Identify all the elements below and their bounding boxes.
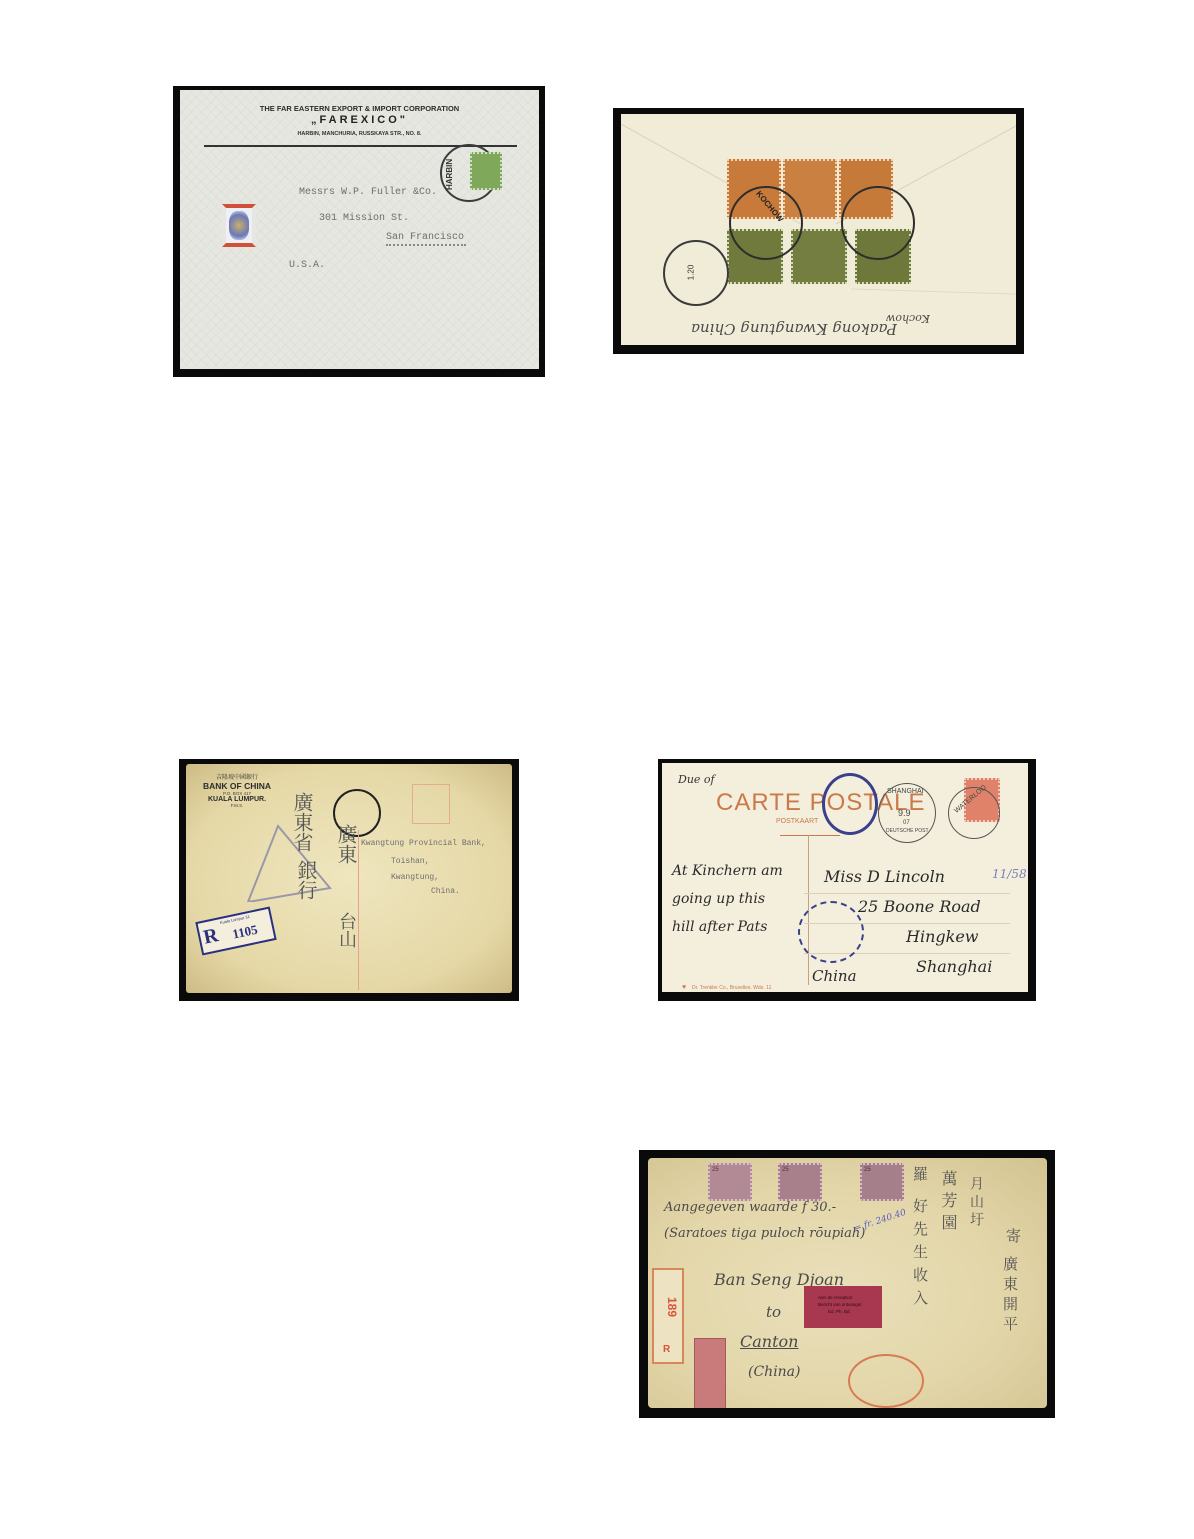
postmark-date: 9.9 (898, 808, 911, 818)
destination-line: Canton (740, 1332, 798, 1351)
address-line: 25 Boone Road (858, 897, 981, 916)
envelope-front: 25 25 25 Aangegeven waarde f 30.- (Sarat… (648, 1158, 1047, 1408)
charity-label-stamp (222, 204, 256, 247)
registration-number: 1105 (231, 922, 259, 943)
letterhead-bank: BANK OF CHINA (192, 781, 282, 791)
chinese-address: 羅 (910, 1166, 931, 1181)
letterhead-address: HARBIN, MANCHURIA, RUSSKAYA STR., NO. 8. (180, 131, 539, 137)
envelope-front: THE FAR EASTERN EXPORT & IMPORT CORPORAT… (180, 90, 539, 369)
chinese-address: 寄 (1003, 1228, 1024, 1243)
chinese-address: 廣東省 (292, 792, 312, 852)
chinese-address: 銀行 (292, 860, 321, 900)
registration-label: R Kuala Lumpur 31 1105 (195, 906, 276, 955)
letterhead-company: THE FAR EASTERN EXPORT & IMPORT CORPORAT… (180, 104, 539, 113)
handwritten-line: Paakong Kwangtung China (691, 320, 897, 338)
address-line: Hingkew (906, 927, 978, 946)
corner-note: Due of (678, 773, 715, 786)
divider (780, 835, 840, 836)
to-line: to (766, 1303, 781, 1321)
declared-value-words: (Saratoes tiga puloch rōupiah) (664, 1226, 865, 1241)
avis-label-line: Bericht van ontvangst (818, 1301, 861, 1308)
letterhead-city: KUALA LUMPUR. (192, 796, 282, 803)
address-line: Kwangtung Provincial Bank, (361, 839, 486, 848)
address-line: China. (431, 887, 460, 896)
chinese-address: 月山圩 (966, 1176, 986, 1230)
publisher-imprint: Dr. Trenkler Co., Bruxelles. Wdo. 11 (692, 985, 771, 991)
registration-number: 189 (665, 1297, 679, 1317)
stamp-purple: 25 (778, 1163, 822, 1201)
red-oval-postmark (848, 1354, 924, 1408)
stamp-value: 25 (864, 1167, 871, 1173)
postmark-text: HARBIN (445, 159, 454, 190)
postmark (841, 186, 915, 260)
chinese-address: 廣東 (332, 824, 361, 864)
address-line: Kwangtung, (391, 873, 439, 882)
waterloo-postmark: WATERLOO (948, 787, 1000, 839)
blue-chinese-postmark (798, 901, 864, 963)
address-line: Miss D Lincoln (824, 867, 945, 886)
chinese-address: 萬芳園 (937, 1170, 960, 1236)
blue-note: = fr. 240.40 (853, 1208, 908, 1234)
envelope-front: 吉隆坡中國銀行 BANK OF CHINA P.O. BOX 417 KUALA… (186, 764, 512, 993)
stamp-purple: 25 (860, 1163, 904, 1201)
address-line: 301 Mission St. (319, 213, 409, 224)
stamp-value: 25 (782, 1167, 789, 1173)
postmark-text: DEUTSCHE POST (886, 828, 929, 834)
transit-postmark: 1.20 (663, 240, 729, 306)
kochow-postmark: KOCHOW (729, 186, 803, 260)
red-meter-mark (412, 784, 450, 824)
card-subtitle: POSTKAART (776, 818, 818, 825)
avis-label-line: Avis de réception (818, 1294, 861, 1301)
postmark-text: 1.20 (686, 265, 695, 281)
underline (386, 244, 466, 246)
red-crayon-line (358, 830, 359, 990)
postmark-text: WATERLOO (953, 784, 988, 815)
address-line: Toishan, (391, 857, 429, 866)
address-line: San Francisco (386, 232, 464, 243)
postcard: Due of CARTE POSTALE POSTKAART SHANGHAI … (662, 763, 1028, 992)
postmark-year: 07 (903, 820, 910, 826)
carte-postale: Due of CARTE POSTALE POSTKAART SHANGHAI … (658, 759, 1036, 1001)
avis-de-reception-label: Avis de réception Bericht van ontvangst … (804, 1286, 882, 1328)
blue-postmark (822, 773, 878, 835)
letterhead-brand: „FAREXICO" (180, 114, 539, 126)
chinese-address: 台山 (333, 912, 359, 948)
envelope-back: KOCHOW 1.20 Kochow Paakong Kwangtung Chi… (621, 114, 1016, 345)
eagle-emblem-icon (229, 211, 249, 240)
pink-label (694, 1338, 726, 1408)
junk-stamps-cover-back: KOCHOW 1.20 Kochow Paakong Kwangtung Chi… (613, 108, 1024, 354)
letterhead-chinese: 吉隆坡中國銀行 (192, 772, 282, 781)
address-rule (804, 893, 1010, 894)
canton-cover: 25 25 25 Aangegeven waarde f 30.- (Sarat… (639, 1150, 1055, 1418)
message-line: At Kinchern am (672, 863, 783, 879)
side-note: 11/58 (992, 867, 1027, 881)
postmark-text: KOCHOW (754, 189, 785, 223)
shanghai-postmark: SHANGHAI 9.9 07 DEUTSCHE POST (878, 783, 936, 843)
stamp-value: 25 (712, 1167, 719, 1173)
chinese-address: 廣東開平 (1000, 1256, 1021, 1336)
address-line: Messrs W.P. Fuller &Co. (299, 187, 437, 198)
address-line: Shanghai (916, 957, 992, 976)
country-line: (China) (748, 1364, 801, 1380)
postmark-text: SHANGHAI (887, 788, 924, 795)
publisher-logo-icon: ♥ (682, 984, 686, 991)
registration-letter: R (201, 924, 220, 950)
bank-of-china-cover: 吉隆坡中國銀行 BANK OF CHINA P.O. BOX 417 KUALA… (179, 759, 519, 1001)
address-line: U.S.A. (289, 260, 325, 271)
stamp-purple: 25 (708, 1163, 752, 1201)
declared-value: Aangegeven waarde f 30.- (664, 1200, 836, 1215)
registration-letter: R (663, 1344, 670, 1355)
registration-label: 189 R (652, 1268, 684, 1364)
letterhead-state: F.M.S. (192, 803, 282, 808)
junk-stamp-green (470, 152, 502, 190)
message-line: hill after Pats (672, 919, 767, 935)
chinese-address: 好先生收入 (910, 1198, 931, 1313)
message-line: going up this (672, 891, 765, 907)
country-line: China (812, 967, 857, 985)
avis-label-line: Ed. Ph. Bd. (818, 1308, 861, 1315)
farexico-cover: THE FAR EASTERN EXPORT & IMPORT CORPORAT… (173, 86, 545, 377)
